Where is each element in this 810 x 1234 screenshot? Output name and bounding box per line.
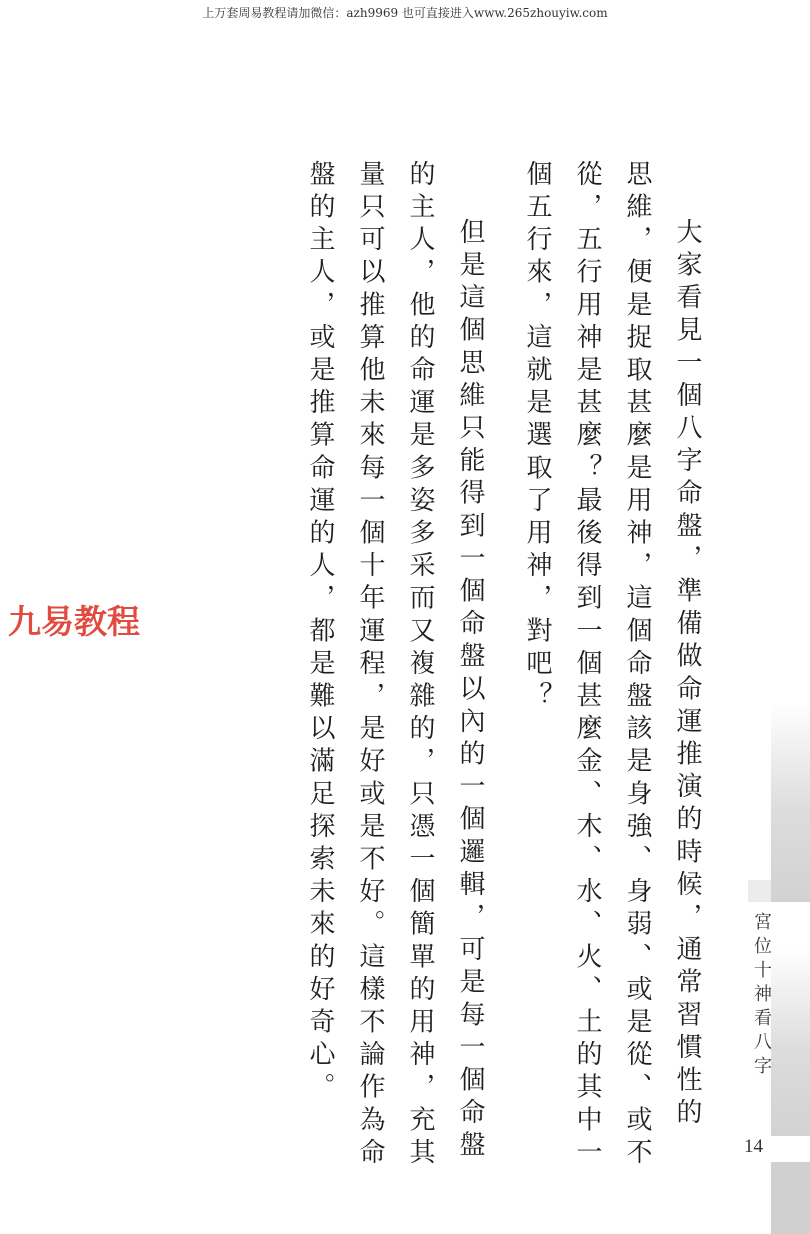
watermark-logo: 九易教程 bbox=[8, 596, 140, 643]
paragraph-1-column-2: 思維，便是捉取甚麼是用神，這個命盤該是身強、身弱、或是從、或不 bbox=[622, 160, 652, 1171]
paragraph-2-column-3: 量只可以推算他未來每一個十年運程，是好或是不好。這樣不論作為命 bbox=[355, 160, 385, 1171]
sidebar-decoration-middle bbox=[771, 948, 810, 1136]
paragraph-1-column-1: 大家看見一個八字命盤，準備做命運推演的時候，通常習慣性的 bbox=[672, 218, 702, 1131]
paragraph-2-column-2: 的主人，他的命運是多姿多采而又複雜的，只憑一個簡單的用神，充其 bbox=[405, 160, 435, 1171]
paragraph-1-column-4: 個五行來，這就是選取了用神，對吧？ bbox=[522, 160, 552, 714]
paragraph-2-column-4: 盤的主人，或是推算命運的人，都是難以滿足探索未來的好奇心。 bbox=[305, 160, 335, 1105]
sidebar-decoration-bottom bbox=[771, 1162, 810, 1234]
paragraph-1-column-3: 從，五行用神是甚麼？最後得到一個甚麼金、木、水、火、土的其中一 bbox=[572, 160, 602, 1171]
sidebar-tab-marker bbox=[748, 880, 771, 902]
paragraph-2-column-1: 但是這個思維只能得到一個命盤以內的一個邏輯，可是每一個命盤 bbox=[455, 218, 485, 1163]
sidebar-decoration-top bbox=[771, 702, 810, 902]
page-number: 14 bbox=[744, 1136, 763, 1158]
